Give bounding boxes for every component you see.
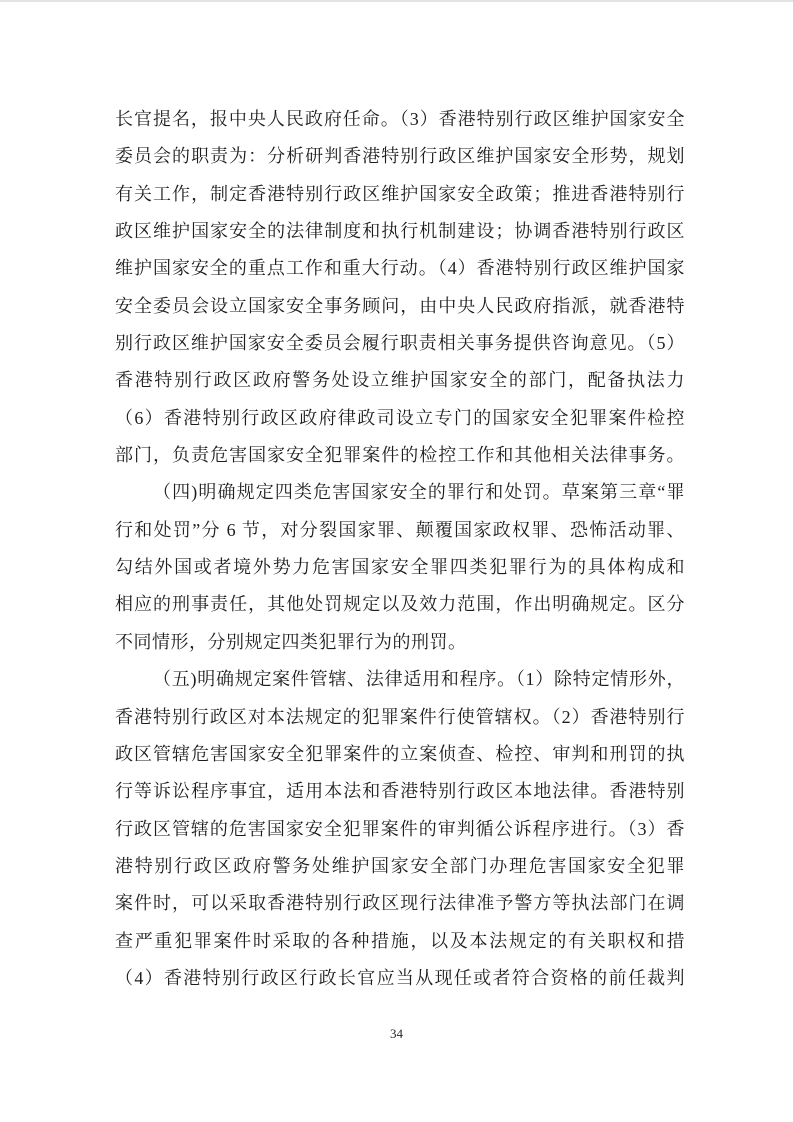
text-line: 香港特别行政区对本法规定的犯罪案件行使管辖权。（2）香港特别行 (115, 699, 685, 736)
text-line: 行和处罚”分 6 节，对分裂国家罪、颠覆国家政权罪、恐怖活动罪、 (115, 512, 685, 549)
text-line: 委员会的职责为：分析研判香港特别行政区维护国家安全形势，规划 (115, 138, 685, 175)
text-line: 行政区管辖的危害国家安全犯罪案件的审判循公诉程序进行。（3）香 (115, 811, 685, 848)
text-line: 部门，负责危害国家安全犯罪案件的检控工作和其他相关法律事务。 (115, 437, 685, 474)
text-line: 案件时，可以采取香港特别行政区现行法律准予警方等执法部门在调 (115, 885, 685, 922)
text-line: 勾结外国或者境外势力危害国家安全罪四类犯罪行为的具体构成和 (115, 549, 685, 586)
text-line: （五)明确规定案件管辖、法律适用和程序。（1）除特定情形外， (115, 661, 685, 698)
text-line: 有关工作，制定香港特别行政区维护国家安全政策；推进香港特别行 (115, 176, 685, 213)
body-text: 长官提名，报中央人民政府任命。（3）香港特别行政区维护国家安全委员会的职责为：分… (115, 101, 685, 997)
document-page: 长官提名，报中央人民政府任命。（3）香港特别行政区维护国家安全委员会的职责为：分… (0, 0, 793, 1122)
text-line: 别行政区维护国家安全委员会履行职责相关事务提供咨询意见。（5） (115, 325, 685, 362)
text-line: 查严重犯罪案件时采取的各种措施，以及本法规定的有关职权和措施。 (115, 923, 685, 960)
text-line: 不同情形，分别规定四类犯罪行为的刑罚。 (115, 624, 685, 661)
text-line: 长官提名，报中央人民政府任命。（3）香港特别行政区维护国家安全 (115, 101, 685, 138)
text-line: 政区维护国家安全的法律制度和执行机制建设；协调香港特别行政区 (115, 213, 685, 250)
text-line: 香港特别行政区政府警务处设立维护国家安全的部门，配备执法力量。 (115, 362, 685, 399)
text-line: 维护国家安全的重点工作和重大行动。（4）香港特别行政区维护国家 (115, 250, 685, 287)
text-line: 安全委员会设立国家安全事务顾问，由中央人民政府指派，就香港特 (115, 288, 685, 325)
page-number: 34 (0, 1026, 793, 1042)
text-line: 行等诉讼程序事宜，适用本法和香港特别行政区本地法律。香港特别 (115, 773, 685, 810)
text-line: 政区管辖危害国家安全犯罪案件的立案侦查、检控、审判和刑罚的执 (115, 736, 685, 773)
text-line: 相应的刑事责任，其他处罚规定以及效力范围，作出明确规定。区分 (115, 586, 685, 623)
text-line: （6）香港特别行政区政府律政司设立专门的国家安全犯罪案件检控 (115, 400, 685, 437)
text-line: 港特别行政区政府警务处维护国家安全部门办理危害国家安全犯罪 (115, 848, 685, 885)
text-line: （4）香港特别行政区行政长官应当从现任或者符合资格的前任裁判 (115, 960, 685, 997)
text-line: （四)明确规定四类危害国家安全的罪行和处罚。草案第三章“罪 (115, 474, 685, 511)
